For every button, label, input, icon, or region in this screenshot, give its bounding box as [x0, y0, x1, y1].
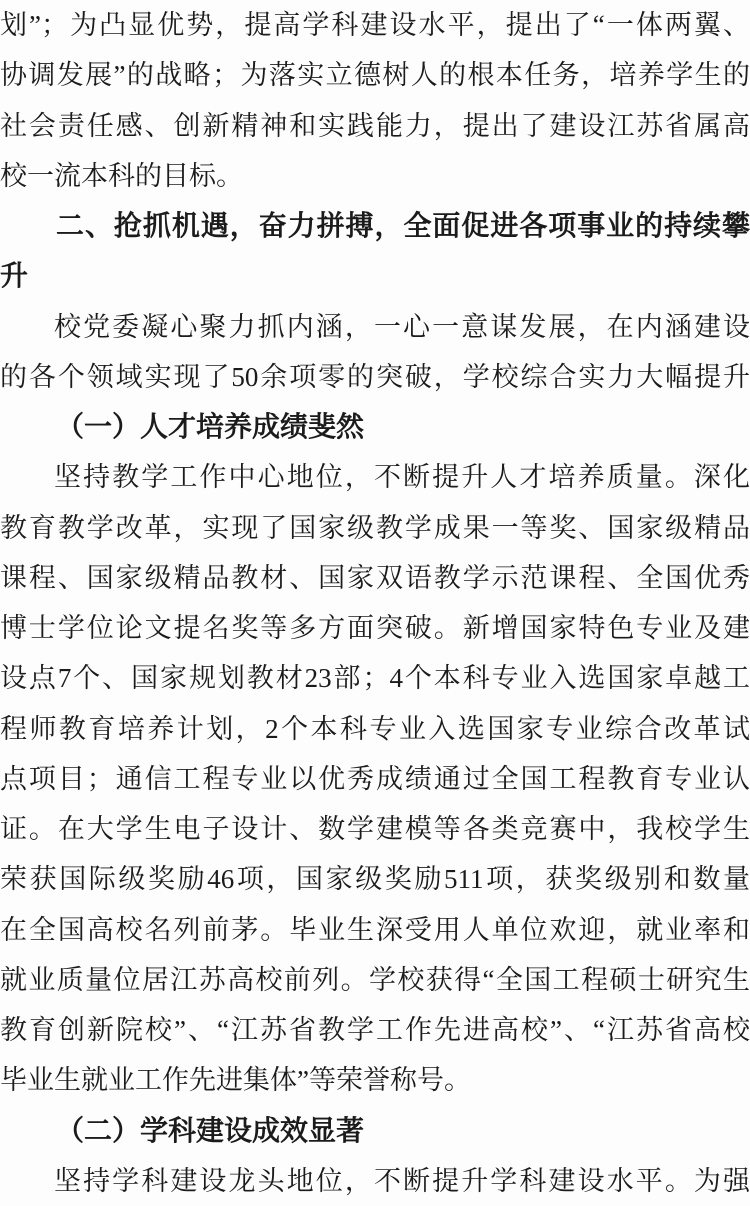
- body-text-line: 点项目；通信工程专业以优秀成绩通过全国工程教育专业认: [0, 754, 750, 804]
- body-text-line: 社会责任感、创新精神和实践能力，提出了建设江苏省属高: [0, 101, 750, 151]
- body-text-line: 就业质量位居江苏高校前列。学校获得“全国工程硕士研究生: [0, 955, 750, 1005]
- body-text-line: 协调发展”的战略；为落实立德树人的根本任务，培养学生的: [0, 50, 750, 100]
- heading-line: 二、抢抓机遇，奋力拼搏，全面促进各项事业的持续攀: [0, 201, 750, 251]
- body-text-line: 程师教育培养计划，2个本科专业入选国家专业综合改革试: [0, 704, 750, 754]
- body-text-line: 坚持教学工作中心地位，不断提升人才培养质量。深化: [0, 452, 750, 502]
- body-text-line: 校党委凝心聚力抓内涵，一心一意谋发展，在内涵建设: [0, 302, 750, 352]
- body-text-line: 教育创新院校”、“江苏省教学工作先进高校”、“江苏省高校: [0, 1005, 750, 1055]
- body-text-line: 教育教学改革，实现了国家级教学成果一等奖、国家级精品: [0, 503, 750, 553]
- heading-line: 升: [0, 251, 750, 301]
- body-text-line: 毕业生就业工作先进集体”等荣誉称号。: [0, 1055, 750, 1105]
- document-text-block: 划”；为凸显优势，提高学科建设水平，提出了“一体两翼、协调发展”的战略；为落实立…: [0, 0, 750, 1206]
- body-text-line: 课程、国家级精品教材、国家双语教学示范课程、全国优秀: [0, 553, 750, 603]
- body-text-line: 在全国高校名列前茅。毕业生深受用人单位欢迎，就业率和: [0, 905, 750, 955]
- heading-line: （一）人才培养成绩斐然: [0, 402, 750, 452]
- body-text-line: 博士学位论文提名奖等多方面突破。新增国家特色专业及建: [0, 603, 750, 653]
- body-text-line: 校一流本科的目标。: [0, 151, 750, 201]
- body-text-line: 的各个领域实现了50余项零的突破，学校综合实力大幅提升: [0, 352, 750, 402]
- body-text-line: 划”；为凸显优势，提高学科建设水平，提出了“一体两翼、: [0, 0, 750, 50]
- heading-line: （二）学科建设成效显著: [0, 1106, 750, 1156]
- document-page: 划”；为凸显优势，提高学科建设水平，提出了“一体两翼、协调发展”的战略；为落实立…: [0, 0, 750, 1206]
- body-text-line: 证。在大学生电子设计、数学建模等各类竞赛中，我校学生: [0, 804, 750, 854]
- body-text-line: 设点7个、国家规划教材23部；4个本科专业入选国家卓越工: [0, 653, 750, 703]
- body-text-line: 坚持学科建设龙头地位，不断提升学科建设水平。为强: [0, 1156, 750, 1206]
- body-text-line: 荣获国际级奖励46项，国家级奖励511项，获奖级别和数量: [0, 854, 750, 904]
